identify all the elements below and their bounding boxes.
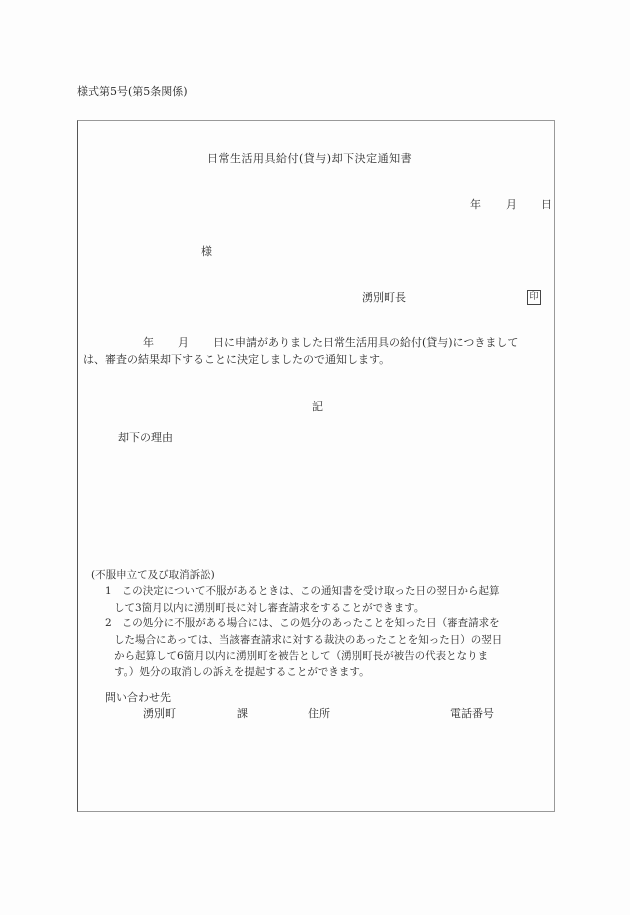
document-title: 日常生活用具給付(貸与)却下決定通知書 <box>207 152 412 166</box>
rejection-reason-label: 却下の理由 <box>118 431 173 445</box>
body-line-1: 年月日に申請がありました日常生活用具の給付(貸与)につきまして <box>85 336 518 350</box>
date-year-label: 年 <box>470 198 481 212</box>
contact-phone: 電話番号 <box>450 707 494 721</box>
appeal-item-number: 1 <box>105 585 112 597</box>
body-line-2: は、審査の結果却下することに決定しましたので通知します。 <box>83 353 390 367</box>
body-month: 月 <box>178 336 189 349</box>
contact-label: 問い合わせ先 <box>105 691 171 705</box>
body-text: 日に申請がありました日常生活用具の給付(貸与)につきまして <box>213 336 518 349</box>
appeal-item-2-line-3: から起算して6箇月以内に湧別町を被告として（湧別町長が被告の代表となりま <box>114 649 488 663</box>
appeal-item-2-line-4: す。）処分の取消しの訴えを提起することができます。 <box>114 665 370 679</box>
appeal-item-number: 2 <box>105 617 112 629</box>
contact-address: 住所 <box>308 707 330 721</box>
contact-department: 課 <box>237 707 248 721</box>
appeal-heading: (不服申立て及び取消訴訟) <box>91 568 215 582</box>
recipient-honorific: 様 <box>201 245 212 259</box>
seal-mark: 印 <box>527 290 541 305</box>
appeal-item-2: 2 この処分に不服がある場合には、この処分のあったことを知った日（審査請求を <box>105 616 500 630</box>
form-number-label: 様式第5号(第5条関係) <box>77 85 188 99</box>
date-day-label: 日 <box>541 198 552 212</box>
appeal-item-1: 1 この決定について不服があるときは、この通知書を受け取った日の翌日から起算 <box>105 584 500 598</box>
appeal-item-2-line-2: した場合にあっては、当該審査請求に対する裁決のあったことを知った日）の翌日 <box>114 633 502 647</box>
ki-heading: 記 <box>312 400 323 414</box>
issuer-name: 湧別町長 <box>362 291 406 305</box>
body-year: 年 <box>143 336 154 349</box>
appeal-item-1-line-2: して3箇月以内に湧別町長に対し審査請求をすることができます。 <box>114 601 424 615</box>
date-month-label: 月 <box>506 198 517 212</box>
contact-town: 湧別町 <box>143 707 176 721</box>
